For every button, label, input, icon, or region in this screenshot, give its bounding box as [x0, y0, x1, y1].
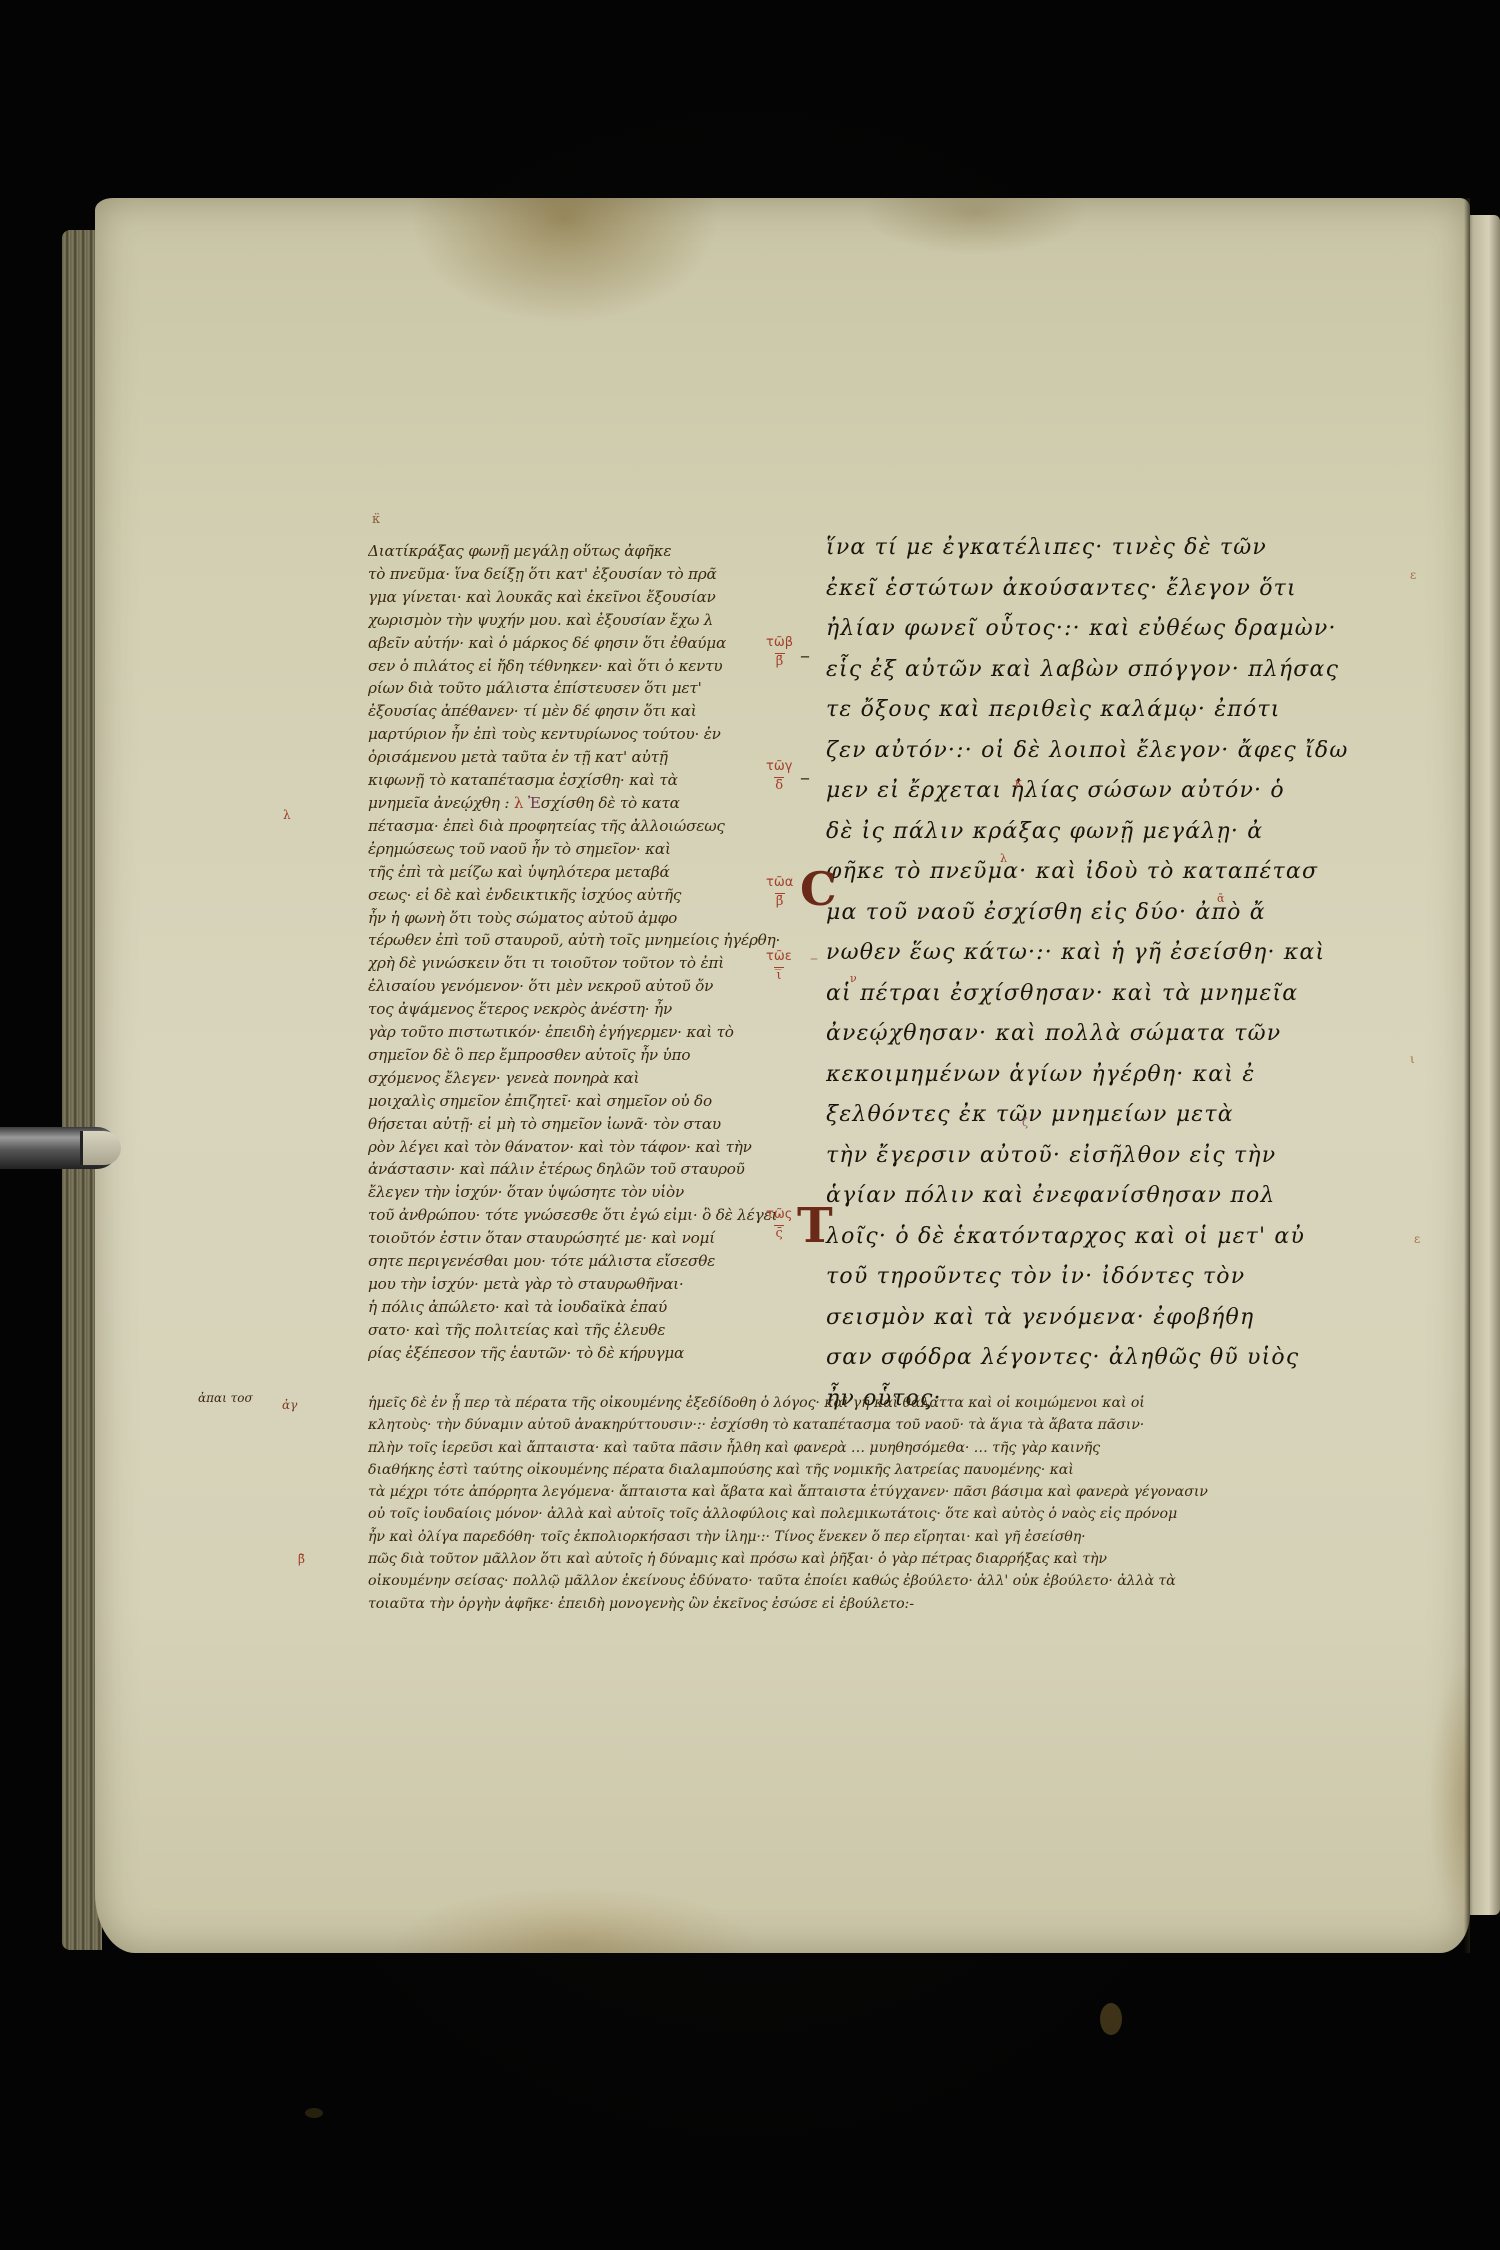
- text-line: ὁρισάμενου μετὰ ταῦτα ἐν τῇ κατ' αὐτῇ: [368, 746, 788, 769]
- section-label: τῶς: [766, 1207, 792, 1222]
- text-line: εἷς ἐξ αὐτῶν καὶ λαβὼν σπόγγον· πλήσας: [826, 650, 1386, 691]
- marginal-note: ἀγ: [282, 1398, 297, 1412]
- section-number: δ̄: [774, 777, 784, 793]
- right-margin-mark: ι: [1410, 1052, 1415, 1066]
- text-line: σατο· καὶ τῆς πολιτείας καὶ τῆς ἐλευθε: [368, 1319, 788, 1342]
- section-mark: τῶε ι̅: [766, 950, 792, 983]
- text-line: πῶς διὰ τοῦτον μᾶλλον ὅτι καὶ αὐτοῖς ἡ δ…: [368, 1548, 1418, 1570]
- text-line: σεως· εἰ δὲ καὶ ἐνδεικτικῆς ἰσχύος αὐτῆς: [368, 884, 788, 907]
- line-dash-marker: –: [810, 948, 818, 967]
- text-line: ρὸν λέγει καὶ τὸν θάνατον· καὶ τὸν τάφον…: [368, 1136, 788, 1159]
- inline-marker: λ: [1000, 852, 1007, 865]
- text-line: σαν σφόδρα λέγοντες· ἀληθῶς θῦ υἱὸς: [826, 1338, 1386, 1379]
- text-line: κλητοὺς· τὴν δύναμιν αὐτοῦ ἀνακηρύττουσι…: [368, 1414, 1418, 1436]
- text-line: γμα γίνεται· καὶ λουκᾶς καὶ ἐκεῖνοι ἔξου…: [368, 586, 788, 609]
- text-line: ἵνα τί με ἐγκατέλιπες· τινὲς δὲ τῶν: [826, 528, 1386, 569]
- text-line: γὰρ τοῦτο πιστωτικόν· ἐπειδὴ ἐγήγερμεν· …: [368, 1021, 788, 1044]
- line-dash-marker: –: [800, 765, 810, 789]
- text-line: ἐξουσίας ἀπέθανεν· τί μὲν δέ φησιν ὅτι κ…: [368, 700, 788, 723]
- text-line: ζεν αὐτόν·:· οἱ δὲ λοιποὶ ἔλεγον· ἄφες ἴ…: [826, 731, 1386, 772]
- inline-marker: ν: [850, 972, 857, 985]
- text-line: οἰκουμένην σείσας· πολλῷ μᾶλλον ἐκείνους…: [368, 1570, 1418, 1592]
- section-number: β̄: [775, 893, 785, 909]
- text-line: ἀνάστασιν· καὶ πάλιν ἑτέρως δηλῶν τοῦ στ…: [368, 1158, 788, 1181]
- text-line: σημεῖον δὲ ὃ περ ἔμπροσθεν αὐτοῖς ἦν ὑπο: [368, 1044, 788, 1067]
- text-line: διαθήκης ἐστὶ ταύτης οἰκουμένης πέρατα δ…: [368, 1459, 1418, 1481]
- text-segment: μνημεῖα ἀνεῴχθη :: [368, 794, 509, 812]
- text-line: λοῖς· ὁ δὲ ἑκατόνταρχος καὶ οἱ μετ' αὐ: [826, 1217, 1386, 1258]
- top-mark: κ̈: [372, 512, 380, 527]
- text-line: οὐ τοῖς ἰουδαίοις μόνον· ἀλλὰ καὶ αὐτοῖς…: [368, 1503, 1418, 1525]
- text-line: πέτασμα· ἐπεὶ διὰ προφητείας τῆς ἀλλοιώσ…: [368, 815, 788, 838]
- text-line: ἐκεῖ ἑστώτων ἀκούσαντες· ἔλεγον ὅτι: [826, 569, 1386, 610]
- section-label: τῶε: [766, 949, 792, 964]
- text-line: κεκοιμημένων ἁγίων ἠγέρθη· καὶ ἐ: [826, 1055, 1386, 1096]
- text-line: ἦν καὶ ὀλίγα παρεδόθη· τοῖς ἐκπολιορκήσα…: [368, 1526, 1418, 1548]
- text-line: ἐρημώσεως τοῦ ναοῦ ἦν τὸ σημεῖον· καὶ: [368, 838, 788, 861]
- section-mark: τῶα β̄: [766, 876, 793, 909]
- text-line: σεισμὸν καὶ τὰ γενόμενα· ἐφοβήθη: [826, 1298, 1386, 1339]
- inline-marker: κ: [1015, 776, 1022, 789]
- text-line: σητε περιγενέσθαι μου· τότε μάλιστα εἴσε…: [368, 1250, 788, 1273]
- section-mark: τῶς ς̄: [766, 1208, 792, 1241]
- text-line: τὰ μέχρι τότε ἀπόρρητα λεγόμενα· ἄπταιστ…: [368, 1481, 1418, 1503]
- text-line: ρίων διὰ τοῦτο μάλιστα ἐπίστευσεν ὅτι με…: [368, 677, 788, 700]
- text-line: κιφωνῇ τὸ καταπέτασμα ἐσχίσθη· καὶ τὰ: [368, 769, 788, 792]
- right-margin-mark: ε: [1410, 568, 1416, 582]
- text-line: τὸ πνεῦμα· ἵνα δείξῃ ὅτι κατ' ἐξουσίαν τ…: [368, 563, 788, 586]
- text-line: αἱ πέτραι ἐσχίσθησαν· καὶ τὰ μνημεῖα: [826, 974, 1386, 1015]
- lower-commentary-block: ἡμεῖς δὲ ἐν ᾗ περ τὰ πέρατα τῆς οἰκουμέν…: [368, 1392, 1418, 1615]
- section-label: τῶγ: [766, 759, 792, 774]
- text-line: μου τὴν ἰσχύν· μετὰ γὰρ τὸ σταυρωθῆναι·: [368, 1273, 788, 1296]
- text-line: μνημεῖα ἀνεῴχθη : λ Ἐσχίσθη δὲ τὸ κατα: [368, 792, 788, 815]
- text-line: σεν ὁ πιλάτος εἰ ἤδη τέθνηκεν· καὶ ὅτι ὁ…: [368, 655, 788, 678]
- ink-stain: [1100, 2003, 1122, 2035]
- text-line: φῆκε τὸ πνεῦμα· καὶ ἰδοὺ τὸ καταπέτασ: [826, 852, 1386, 893]
- text-line: Διατίκράξας φωνῇ μεγάλῃ οὕτως ἀφῆκε: [368, 540, 788, 563]
- text-line: ξελθόντες ἐκ τῶν μνημείων μετὰ: [826, 1095, 1386, 1136]
- text-line: ἦν ἡ φωνὴ ὅτι τοὺς σώματος αὐτοῦ ἀμφο: [368, 907, 788, 930]
- decorated-initial-t: T: [797, 1198, 833, 1254]
- section-mark: τῶγ δ̄: [766, 760, 792, 793]
- rubric-initial-epsilon: Ἐ: [528, 794, 541, 812]
- text-line: μα τοῦ ναοῦ ἐσχίσθη εἰς δύο· ἀπὸ ἄ: [826, 893, 1386, 934]
- text-line: τέρωθεν ἐπὶ τοῦ σταυροῦ, αὐτὴ τοῖς μνημε…: [368, 929, 788, 952]
- text-line: χρὴ δὲ γινώσκειν ὅτι τι τοιοῦτον τοῦτον …: [368, 952, 788, 975]
- text-line: τῆς ἐπὶ τὰ μείζω καὶ ὑψηλότερα μεταβά: [368, 861, 788, 884]
- section-label: τῶα: [766, 875, 793, 890]
- text-line: ἠλίαν φωνεῖ οὗτος·:· καὶ εὐθέως δραμὼν·: [826, 609, 1386, 650]
- section-label: τῶβ: [766, 635, 793, 650]
- text-line: τος ἀψάμενος ἕτερος νεκρὸς ἀνέστη· ἦν: [368, 998, 788, 1021]
- left-margin-mark: λ: [283, 808, 291, 822]
- left-margin-mark: β̄: [298, 1552, 305, 1566]
- text-line: μοιχαλὶς σημεῖον ἐπιζητεῖ· καὶ σημεῖον ο…: [368, 1090, 788, 1113]
- text-line: ρίας ἐξέπεσον τῆς ἑαυτῶν· τὸ δὲ κήρυγμα: [368, 1342, 788, 1365]
- section-number: ς̄: [774, 1225, 784, 1241]
- inline-marker: λ: [514, 794, 523, 812]
- text-line: τοῦ ἀνθρώπου· τότε γνώσεσθε ὅτι ἐγώ εἰμι…: [368, 1204, 788, 1227]
- text-line: ἐλισαίου γενόμενον· ὅτι μὲν νεκροῦ αὐτοῦ…: [368, 975, 788, 998]
- text-line: ἡμεῖς δὲ ἐν ᾗ περ τὰ πέρατα τῆς οἰκουμέν…: [368, 1392, 1418, 1414]
- text-line: τε ὄξους καὶ περιθεὶς καλάμῳ· ἐπότι: [826, 690, 1386, 731]
- left-commentary-column: Διατίκράξας φωνῇ μεγάλῃ οὕτως ἀφῆκε τὸ π…: [368, 540, 788, 1365]
- text-line: τὴν ἔγερσιν αὐτοῦ· εἰσῆλθον εἰς τὴν: [826, 1136, 1386, 1177]
- text-line: αβεῖν αὐτήν· καὶ ὁ μάρκος δέ φησιν ὅτι ἐ…: [368, 632, 788, 655]
- text-line: τοιαῦτα τὴν ὀργὴν ἀφῆκε· ἐπειδὴ μονογενὴ…: [368, 1593, 1418, 1615]
- text-line: νωθεν ἕως κάτω·:· καὶ ἡ γῆ ἐσείσθη· καὶ: [826, 933, 1386, 974]
- text-line: ἀνεῴχθησαν· καὶ πολλὰ σώματα τῶν: [826, 1014, 1386, 1055]
- text-line: μαρτύριον ἦν ἐπὶ τοὺς κεντυρίωνος τούτου…: [368, 723, 788, 746]
- marginal-note: ἀπαι τοσ: [198, 1392, 253, 1405]
- bookmark-rod-tip: [80, 1131, 121, 1165]
- inline-marker: ζ: [1022, 1116, 1028, 1129]
- right-lemma-column: ἵνα τί με ἐγκατέλιπες· τινὲς δὲ τῶν ἐκεῖ…: [826, 528, 1386, 1419]
- decorated-initial-c: C: [800, 862, 837, 916]
- text-line: δὲ ἰς πάλιν κράξας φωνῇ μεγάλῃ· ἀ: [826, 812, 1386, 853]
- text-line: σχόμενος ἔλεγεν· γενεὰ πονηρὰ καὶ: [368, 1067, 788, 1090]
- text-line: ἔλεγεν τὴν ἰσχύν· ὅταν ὑψώσητε τὸν υἱὸν: [368, 1181, 788, 1204]
- text-line: θήσεται αὐτῇ· εἰ μὴ τὸ σημεῖον ἰωνᾶ· τὸν…: [368, 1113, 788, 1136]
- text-line: μεν εἰ ἔρχεται ἠλίας σώσων αὐτόν· ὁ: [826, 771, 1386, 812]
- section-number: β̄: [775, 653, 785, 669]
- text-line: χωρισμὸν τὴν ψυχήν μου. καὶ ἐξουσίαν ἔχω…: [368, 609, 788, 632]
- right-margin-mark: ε: [1414, 1232, 1420, 1246]
- inline-marker: ᾱ: [1217, 892, 1224, 905]
- text-line: τοῦ τηροῦντες τὸν ἰν· ἰδόντες τὸν: [826, 1257, 1386, 1298]
- line-dash-marker: –: [800, 643, 810, 667]
- text-line: ἡ πόλις ἀπώλετο· καὶ τὰ ἰουδαϊκὰ ἐπαύ: [368, 1296, 788, 1319]
- text-line: τοιοῦτόν ἐστιν ὅταν σταυρώσητέ με· καὶ ν…: [368, 1227, 788, 1250]
- section-mark: τῶβ β̄: [766, 636, 793, 669]
- text-line: ἁγίαν πόλιν καὶ ἐνεφανίσθησαν πολ: [826, 1176, 1386, 1217]
- ink-stain: [305, 2108, 323, 2118]
- text-line: πλὴν τοῖς ἱερεῦσι καὶ ἄπταιστα· καὶ ταῦτ…: [368, 1437, 1418, 1459]
- section-number: ι̅: [774, 967, 784, 983]
